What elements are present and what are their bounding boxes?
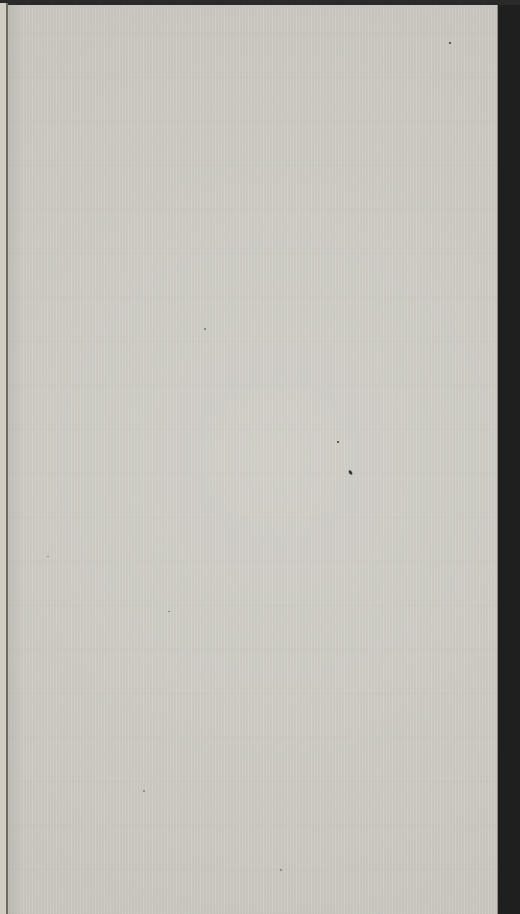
page-right-edge [497,5,498,914]
paper-speck [47,556,49,557]
scanned-page-view [0,0,520,914]
gutter-shadow [8,5,24,914]
paper-speck [168,611,170,612]
blank-page [8,5,497,914]
paper-speck [280,869,282,871]
paper-speck [449,42,451,44]
paper-speck [143,790,145,792]
paper-speck [348,470,353,476]
paper-speck [204,328,206,330]
paper-speck [337,441,339,443]
